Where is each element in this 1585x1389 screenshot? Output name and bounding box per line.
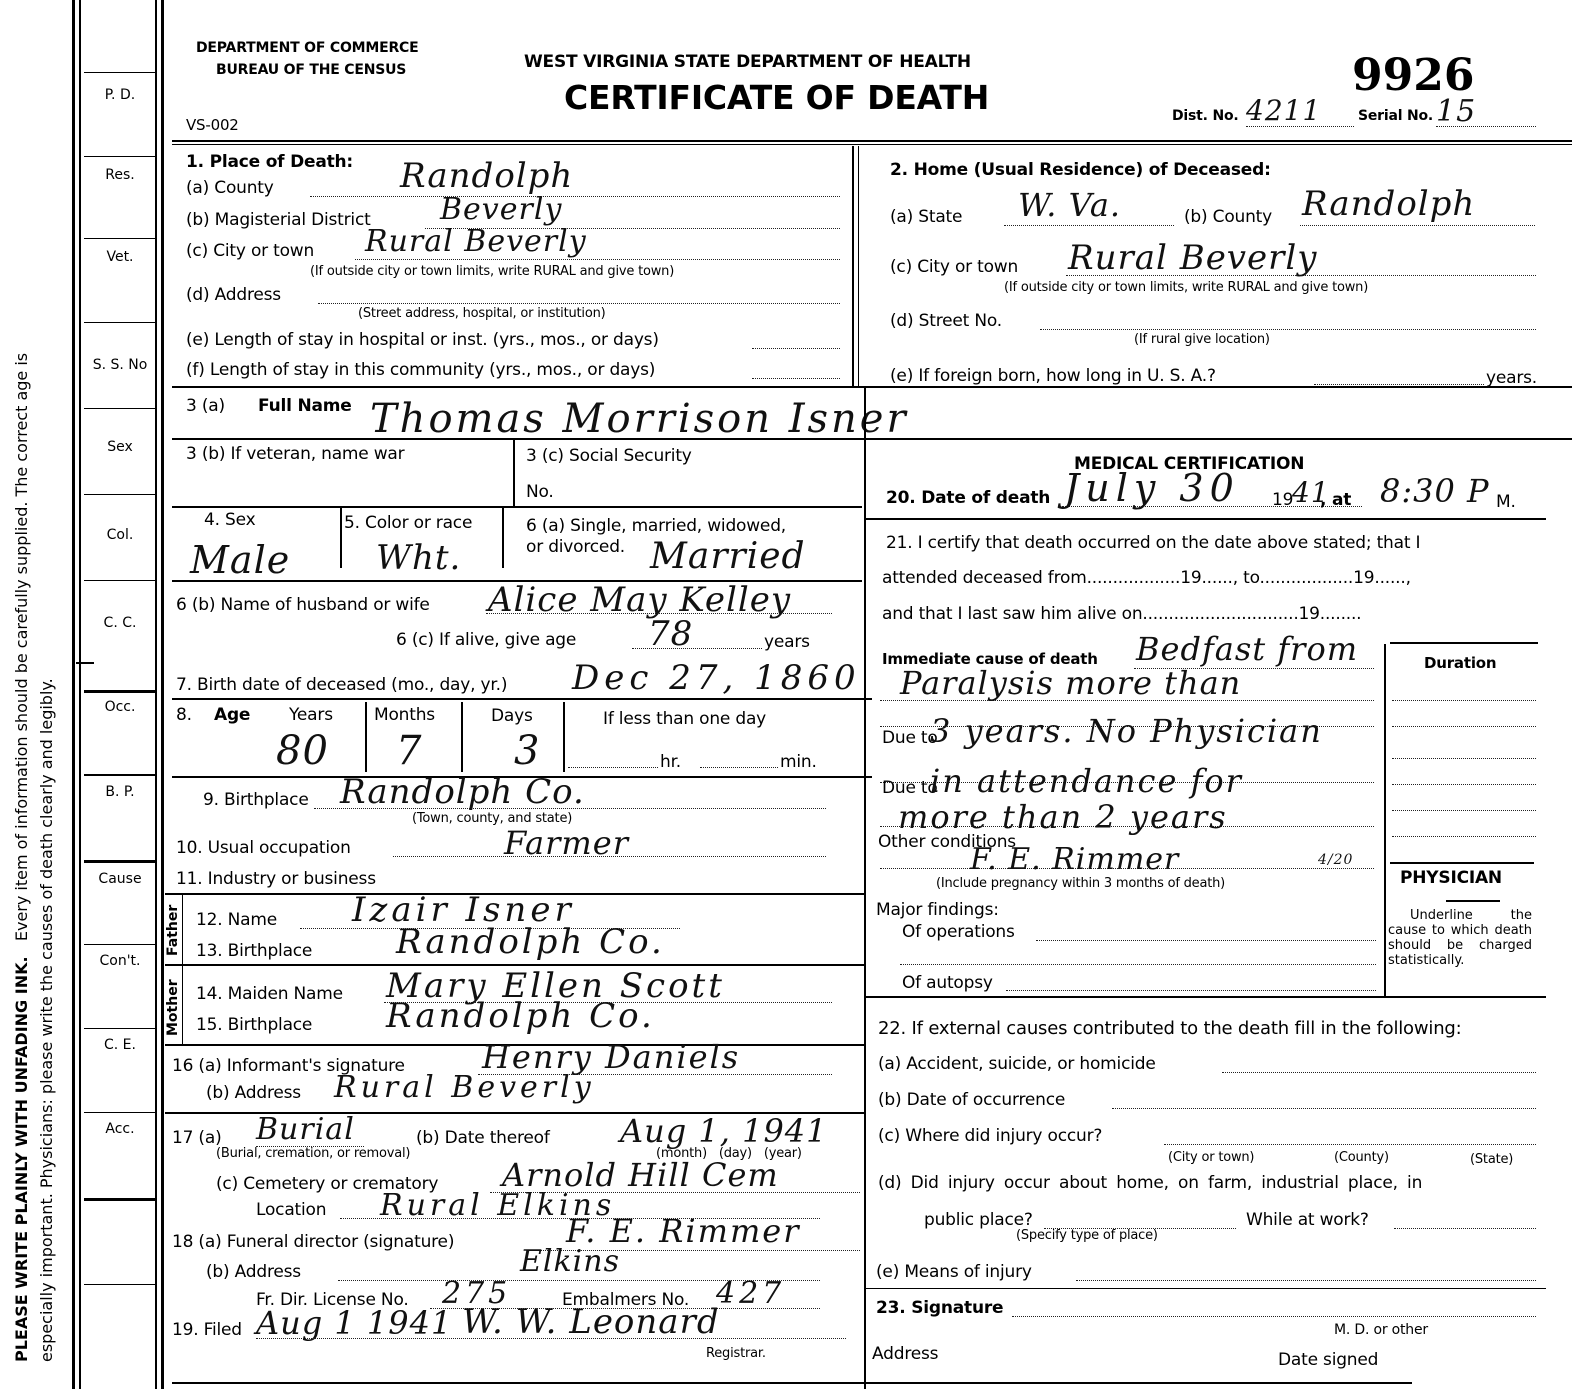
father-birthplace-value[interactable]: Randolph Co.: [396, 922, 665, 962]
age-months-value[interactable]: 7: [396, 728, 422, 774]
mother-name-label: 14. Maiden Name: [196, 984, 343, 1004]
address-note: (Street address, hospital, or institutio…: [358, 306, 606, 321]
cause-line-4-value[interactable]: in attendance for: [930, 762, 1243, 800]
birth-date-label: 7. Birth date of deceased (mo., day, yr.…: [176, 675, 507, 695]
duration-divider: [1384, 644, 1386, 996]
mother-side-label: Mother: [165, 979, 181, 1036]
home-county-value[interactable]: Randolph: [1302, 184, 1475, 224]
home-state-line: [1004, 225, 1174, 226]
autopsy-label: Of autopsy: [902, 973, 993, 993]
serial-no-line: [1436, 126, 1536, 127]
veteran-divider: [172, 506, 862, 508]
serial-no-label: Serial No.: [1358, 108, 1433, 124]
duration-line-5: [1392, 810, 1536, 811]
filed-line: [256, 1338, 846, 1339]
duration-line-3: [1392, 758, 1536, 759]
operations-line: [1036, 940, 1376, 941]
duration-line-1: [1392, 700, 1536, 701]
form-bottom-line: [172, 1382, 1412, 1384]
veteran-ss-divider: [513, 440, 515, 506]
other-signature: F. E. Rimmer: [970, 842, 1179, 877]
race-label: 5. Color or race: [344, 513, 472, 533]
while-at-work-line: [1394, 1228, 1536, 1229]
sidebar-code-cause: Cause: [84, 860, 156, 947]
sidebar-code-occ: Occ.: [84, 690, 156, 777]
district-value[interactable]: Beverly: [440, 192, 562, 227]
instruction-line-2: especially important. Physicians: please…: [37, 678, 56, 1362]
cause-line-3-value[interactable]: 3 years. No Physician: [930, 712, 1323, 750]
external-heading: 22. If external causes contributed to th…: [878, 1018, 1462, 1039]
birth-date-value[interactable]: Dec 27, 1860: [572, 658, 861, 698]
external-c-line: [1164, 1144, 1536, 1145]
director-address-label: (b) Address: [206, 1262, 301, 1282]
operations-line-2: [900, 964, 1376, 965]
sidebar-code-res: Res.: [84, 156, 156, 239]
external-c-label: (c) Where did injury occur?: [878, 1126, 1102, 1146]
hr-label: hr.: [660, 752, 681, 772]
place-of-death-heading: 1. Place of Death:: [186, 152, 353, 172]
mother-side-divider: [182, 966, 183, 1044]
age-years-col: Years: [289, 705, 333, 725]
home-state-label: (a) State: [890, 207, 962, 227]
cause-line-2-value[interactable]: Paralysis more than: [900, 664, 1241, 702]
birthplace-label: 9. Birthplace: [203, 790, 309, 810]
while-at-work-label: While at work?: [1246, 1210, 1369, 1230]
spouse-age-label: 6 (c) If alive, give age: [396, 630, 576, 650]
city-value[interactable]: Rural Beverly: [365, 224, 587, 259]
instruction-bold: PLEASE WRITE PLAINLY WITH UNFADING INK.: [12, 956, 31, 1362]
burial-type-note: (Burial, cremation, or removal): [216, 1146, 410, 1161]
foreign-born-label: (e) If foreign born, how long in U. S. A…: [890, 366, 1216, 386]
certify-line-1: 21. I certify that death occurred on the…: [886, 533, 1420, 553]
death-date-label: 20. Date of death: [886, 488, 1050, 508]
sex-label: 4. Sex: [204, 510, 255, 530]
medical-bottom-divider: [866, 996, 1546, 998]
less-than-day: If less than one day: [603, 709, 766, 729]
father-side-divider: [182, 894, 183, 964]
age-num: 8.: [176, 705, 192, 725]
sidebar-code-cc: C. C.: [84, 580, 156, 691]
burial-date-value[interactable]: Aug 1, 1941: [620, 1112, 828, 1150]
district-label: (b) Magisterial District: [186, 210, 371, 230]
birth-divider: [172, 698, 872, 700]
external-c-note-county: (County): [1334, 1150, 1389, 1165]
sidebar-code-blank-1: [84, 1198, 156, 1287]
death-time-m: M.: [1496, 492, 1516, 512]
death-date-label-wrap: 20. Date of death: [886, 488, 1050, 508]
death-date-value[interactable]: July 30: [1064, 466, 1240, 510]
street-note: (If rural give location): [1134, 332, 1270, 347]
filed-label: 19. Filed: [172, 1320, 242, 1340]
age-divider-3: [563, 702, 565, 772]
sidebar-code-sex: Sex: [84, 408, 156, 495]
sidebar-code-cont: Con't.: [84, 944, 156, 1029]
death-date-divider: [866, 518, 1546, 520]
marital-label: 6 (a) Single, married, widowed,: [526, 516, 786, 536]
registrar-label: Registrar.: [706, 1346, 766, 1361]
certify-line-3: and that I last saw him alive on........…: [882, 604, 1361, 624]
age-days-col: Days: [491, 706, 533, 726]
father-birthplace-label: 13. Birthplace: [196, 941, 312, 961]
cause-line-1-value[interactable]: Bedfast from: [1136, 630, 1358, 668]
veteran-label: 3 (b) If veteran, name war: [186, 444, 404, 464]
sidebar-border-inner: [79, 0, 81, 1389]
operations-label: Of operations: [902, 922, 1015, 942]
home-city-note: (If outside city or town limits, write R…: [1004, 280, 1368, 295]
header-divider-2: [172, 144, 1572, 145]
funeral-director-label: 18 (a) Funeral director (signature): [172, 1232, 454, 1252]
dist-no-line: [1246, 126, 1354, 127]
external-divider: [866, 1288, 1546, 1289]
location-label: Location: [256, 1200, 326, 1220]
md-or-other-label: M. D. or other: [1334, 1322, 1428, 1338]
sidebar-code-ce: C. E.: [84, 1028, 156, 1113]
external-a-line: [1222, 1072, 1536, 1073]
duration-line-4: [1392, 784, 1536, 785]
sex-value[interactable]: Male: [190, 538, 290, 582]
city-line: [355, 259, 840, 260]
occupation-label: 10. Usual occupation: [176, 838, 351, 858]
age-divider-2: [461, 702, 463, 772]
home-county-line: [1300, 225, 1535, 226]
sidebar-code-pd: P. D.: [84, 72, 156, 157]
external-b-line: [1112, 1108, 1536, 1109]
external-a-label: (a) Accident, suicide, or homicide: [878, 1054, 1156, 1074]
sidebar-code-ssno: S. S. No: [84, 322, 156, 409]
stay-community-label: (f) Length of stay in this community (yr…: [186, 360, 655, 380]
major-findings-label: Major findings:: [876, 900, 999, 920]
certify-line-2: attended deceased from..................…: [882, 568, 1411, 588]
min-line: [700, 767, 778, 768]
stay-hospital-line: [752, 348, 840, 349]
instruction-line-1: PLEASE WRITE PLAINLY WITH UNFADING INK. …: [12, 353, 31, 1362]
signature-label: 23. Signature: [876, 1298, 1003, 1318]
registrar-signature[interactable]: W. W. Leonard: [462, 1302, 720, 1342]
left-right-divider: [864, 386, 866, 1389]
home-heading: 2. Home (Usual Residence) of Deceased:: [890, 160, 1271, 180]
section-2-divider: [172, 386, 1572, 388]
death-at-label: , at: [1320, 490, 1351, 510]
section-1-2-divider-2: [858, 146, 859, 386]
marital-label-2: or divorced.: [526, 537, 625, 557]
informant-address-label: (b) Address: [206, 1083, 301, 1103]
duration-line-2: [1392, 726, 1536, 727]
min-label: min.: [780, 752, 817, 772]
address-label-bottom: Address: [872, 1344, 938, 1364]
mother-birthplace-label: 15. Birthplace: [196, 1015, 312, 1035]
mother-birthplace-value[interactable]: Randolph Co.: [386, 996, 655, 1036]
birthplace-value[interactable]: Randolph Co.: [340, 772, 585, 812]
bureau-census: BUREAU OF THE CENSUS: [216, 62, 406, 78]
age-years-value[interactable]: 80: [276, 728, 329, 774]
date-signed-label: Date signed: [1278, 1350, 1378, 1370]
stay-community-line: [752, 378, 840, 379]
death-year-prefix: 19: [1272, 490, 1293, 510]
form-code: VS-002: [186, 116, 239, 134]
spouse-label: 6 (b) Name of husband or wife: [176, 595, 430, 615]
burial-date-label: (b) Date thereof: [416, 1128, 550, 1148]
burial-type-value[interactable]: Burial: [256, 1112, 355, 1147]
city-note: (If outside city or town limits, write R…: [310, 264, 674, 279]
ss-no-label: No.: [526, 482, 554, 502]
external-e-line: [1076, 1280, 1536, 1281]
full-name-divider: [172, 438, 1572, 440]
hr-line: [568, 767, 658, 768]
industry-label: 11. Industry or business: [176, 869, 376, 889]
duration-top-line: [1390, 642, 1538, 644]
spouse-value[interactable]: Alice May Kelley: [488, 580, 791, 620]
burial-num: 17 (a): [172, 1128, 222, 1148]
age-label: Age: [214, 705, 250, 725]
filed-value[interactable]: Aug 1 1941: [256, 1304, 452, 1342]
external-d-label-2: public place?: [924, 1210, 1033, 1230]
signature-line: [1012, 1316, 1536, 1317]
foreign-born-line: [1314, 384, 1484, 385]
county-value[interactable]: Randolph: [400, 156, 573, 196]
occupation-value[interactable]: Farmer: [504, 824, 629, 862]
sidebar-code-acc: Acc.: [84, 1112, 156, 1199]
dept-commerce: DEPARTMENT OF COMMERCE: [196, 40, 419, 56]
sidebar-code-blank-2: [84, 1284, 156, 1389]
county-line: [310, 196, 840, 197]
spouse-age-value[interactable]: 78: [648, 614, 693, 654]
ss-label: 3 (c) Social Security: [526, 446, 692, 466]
external-e-label: (e) Means of injury: [876, 1262, 1032, 1282]
race-marital-divider: [502, 508, 504, 568]
home-city-value[interactable]: Rural Beverly: [1068, 238, 1317, 278]
sex-race-divider: [340, 508, 342, 568]
section-1-2-divider: [852, 146, 854, 386]
street-line: [1040, 329, 1536, 330]
external-c-note-state: (State): [1470, 1152, 1513, 1167]
stay-hospital-label: (e) Length of stay in hospital or inst. …: [186, 330, 659, 350]
other-note-number: 4/20: [1318, 852, 1353, 868]
race-value[interactable]: Wht.: [376, 538, 461, 578]
form-border-left: [161, 0, 164, 1389]
physician-box-text: Underline the cause to which death shoul…: [1388, 908, 1532, 968]
duration-label: Duration: [1424, 654, 1496, 672]
duration-line-6: [1392, 836, 1536, 837]
cc-tick: [76, 662, 94, 664]
informant-address-value[interactable]: Rural Beverly: [334, 1070, 595, 1105]
sidebar-code-vet: Vet.: [84, 238, 156, 323]
director-address-value[interactable]: Elkins: [520, 1244, 620, 1279]
full-name-num: 3 (a): [186, 396, 225, 416]
home-county-label: (b) County: [1184, 207, 1272, 227]
address-line: [318, 303, 840, 304]
sidebar-border-outer: [72, 0, 75, 1389]
dist-no-label: Dist. No.: [1172, 108, 1239, 124]
county-label: (a) County: [186, 178, 274, 198]
page-title: CERTIFICATE OF DEATH: [564, 78, 989, 117]
autopsy-line: [1006, 990, 1376, 991]
external-d-label: (d) Did injury occur about home, on farm…: [878, 1173, 1422, 1193]
father-name-label: 12. Name: [196, 910, 277, 930]
age-divider-1: [365, 702, 367, 772]
street-label: (d) Street No.: [890, 311, 1002, 331]
dist-no-value: 4211: [1246, 94, 1321, 127]
external-c-note-city: (City or town): [1168, 1150, 1254, 1165]
state-department: WEST VIRGINIA STATE DEPARTMENT OF HEALTH: [524, 52, 971, 72]
father-side-label: Father: [165, 905, 181, 956]
foreign-born-suffix: years.: [1486, 368, 1537, 388]
sidebar-code-bp: B. P.: [84, 774, 156, 862]
physician-box-top: [1390, 862, 1534, 864]
external-b-label: (b) Date of occurrence: [878, 1090, 1065, 1110]
city-label: (c) City or town: [186, 241, 314, 261]
cause-line-5-value[interactable]: more than 2 years: [898, 798, 1228, 836]
home-state-value[interactable]: W. Va.: [1018, 186, 1121, 224]
full-name-label: Full Name: [258, 396, 352, 416]
embalmer-value[interactable]: 427: [716, 1276, 785, 1311]
address-label: (d) Address: [186, 285, 281, 305]
age-months-col: Months: [374, 705, 435, 725]
pregnancy-note: (Include pregnancy within 3 months of de…: [936, 876, 1225, 891]
full-name-value[interactable]: Thomas Morrison Isner: [370, 396, 909, 442]
physician-box-rule: [1446, 900, 1500, 902]
instruction-rest: Every item of information should be care…: [12, 353, 31, 941]
external-d-note: (Specify type of place): [1016, 1228, 1158, 1243]
death-time-value[interactable]: 8:30 P: [1380, 472, 1490, 510]
physician-box-title: PHYSICIAN: [1400, 868, 1502, 888]
home-city-label: (c) City or town: [890, 257, 1018, 277]
spouse-age-years: years: [764, 632, 810, 652]
header-divider: [172, 140, 1572, 142]
age-days-value[interactable]: 3: [514, 728, 540, 774]
marital-value[interactable]: Married: [650, 536, 806, 577]
sidebar-code-col: Col.: [84, 494, 156, 581]
serial-no-value: 15: [1436, 94, 1476, 129]
